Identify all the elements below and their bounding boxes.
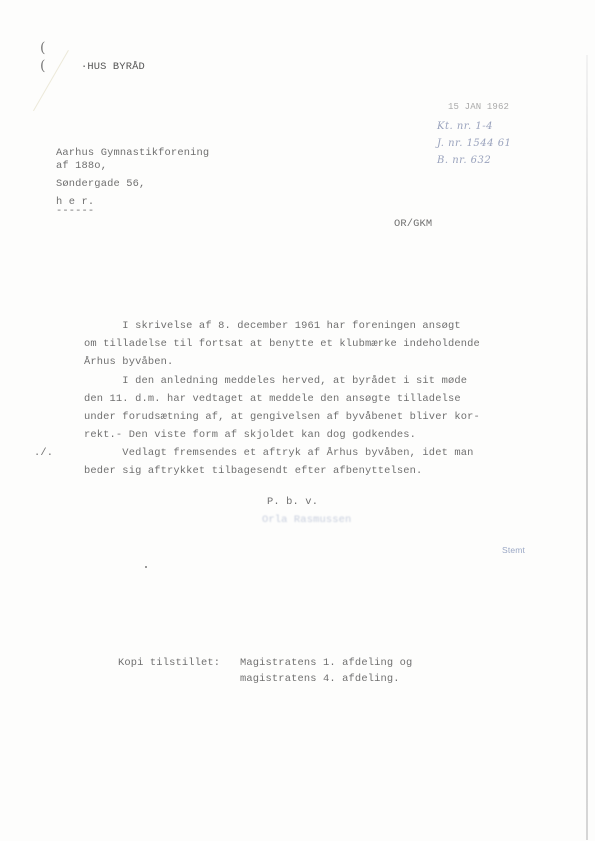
- body-line: om tilladelse til fortsat at benytte et …: [84, 338, 480, 350]
- body-line: den 11. d.m. har vedtaget at meddele den…: [84, 393, 461, 405]
- copy-line-2: magistratens 4. afdeling.: [240, 673, 400, 685]
- body-line: I den anledning meddeles herved, at byrå…: [84, 375, 467, 387]
- approval-stamp: Stemt: [502, 544, 525, 556]
- handwritten-ref-3: B. nr. 632: [437, 155, 491, 167]
- ink-speck: [145, 566, 147, 568]
- page-edge-shadow: [586, 55, 588, 840]
- body-line: under forudsætning af, at gengivelsen af…: [84, 411, 480, 423]
- recipient-line: af 188o,: [56, 160, 107, 172]
- letterhead-title: ·HUS BYRÅD: [81, 61, 145, 73]
- recipient-underline: ------: [56, 205, 94, 217]
- body-line: I skrivelse af 8. december 1961 har fore…: [84, 320, 461, 332]
- recipient-line: Aarhus Gymnastikforening: [56, 147, 209, 159]
- closing-pbv: P. b. v.: [267, 496, 318, 508]
- copy-label: Kopi tilstillet:: [118, 657, 220, 669]
- body-line: Århus byvåben.: [84, 356, 173, 368]
- recipient-line: Søndergade 56,: [56, 178, 145, 190]
- enclosure-mark: ./.: [34, 447, 53, 459]
- body-line: beder sig aftrykket tilbagesendt efter a…: [84, 465, 422, 477]
- letterhead-bracket-top: (: [40, 40, 45, 56]
- copy-line-1: Magistratens 1. afdeling og: [240, 657, 412, 669]
- letterhead-bracket-bottom: (: [40, 58, 45, 74]
- paper-scratch: [33, 50, 69, 111]
- handwritten-ref-2: J. nr. 1544 61: [437, 138, 511, 150]
- reference-code: OR/GKM: [394, 218, 432, 230]
- body-line: rekt.- Den viste form af skjoldet kan do…: [84, 429, 416, 441]
- date-stamp: 15 JAN 1962: [448, 101, 509, 113]
- handwritten-ref-1: Kt. nr. 1-4: [437, 121, 493, 133]
- body-line: Vedlagt fremsendes et aftryk af Århus by…: [84, 447, 474, 459]
- signature-stamp: Orla Rasmussen: [262, 514, 351, 526]
